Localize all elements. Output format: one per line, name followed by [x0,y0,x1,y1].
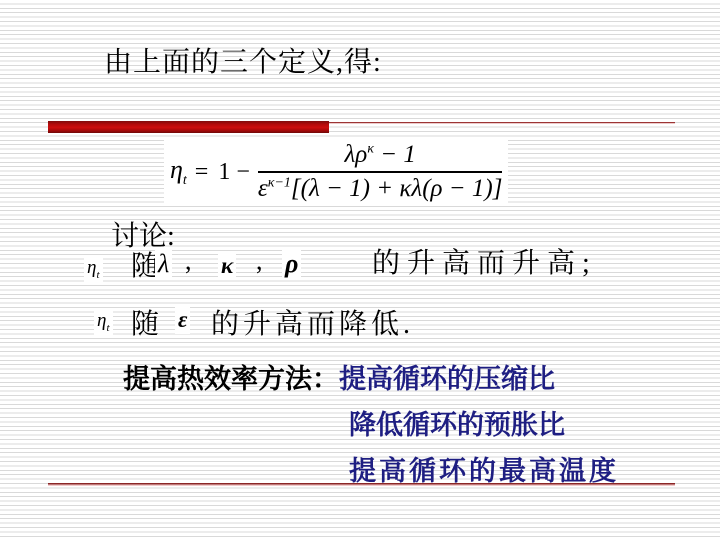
denominator-exponent: κ−1 [268,176,291,191]
efficiency-formula: ηt = 1 − λρκ − 1 εκ−1[(λ − 1) + κλ(ρ − 1… [164,139,508,205]
accent-bar [48,121,329,133]
symbol-rho: ρ [282,248,301,280]
formula-fraction: λρκ − 1 εκ−1[(λ − 1) + κλ(ρ − 1)] [258,141,503,203]
comma-separator-1: , [185,246,192,276]
comma-separator-2: , [256,246,263,276]
formula-eta: ηt [170,155,187,189]
bottom-rule [48,483,675,486]
discussion-line2-text: 的升高而降低. [211,302,414,342]
discussion-line2-eta: ηt [94,309,113,335]
methods-line-1: 提高热效率方法：提高循环的压缩比 [123,357,555,396]
slide: 由上面的三个定义,得: ηt = 1 − λρκ − 1 εκ−1[(λ − 1… [0,0,720,540]
discussion-line1-eta: ηt [84,256,103,282]
eta-subscript: t [106,322,109,334]
numerator-exponent-kappa: κ [367,142,374,157]
formula-denominator: εκ−1[(λ − 1) + κλ(ρ − 1)] [258,171,503,203]
formula-one-minus: 1 − [218,159,250,186]
formula-eta-subscript: t [183,173,187,188]
method-item-compression-ratio: 提高循环的压缩比 [339,364,555,394]
eta-subscript: t [96,269,99,281]
formula-numerator: λρκ − 1 [334,141,425,171]
formula-equals: = [195,159,209,186]
symbol-epsilon: ε [175,306,190,334]
method-item-pre-expansion-ratio: 降低循环的预胀比 [349,403,565,442]
slide-title: 由上面的三个定义,得: [104,40,382,80]
discussion-line2-prefix: 随 [131,302,159,342]
symbol-kappa: κ [218,252,236,280]
methods-label: 提高热效率方法： [123,364,339,394]
discussion-line1-text: 的升高而升高; [372,241,597,281]
symbol-lambda: λ [155,248,172,280]
